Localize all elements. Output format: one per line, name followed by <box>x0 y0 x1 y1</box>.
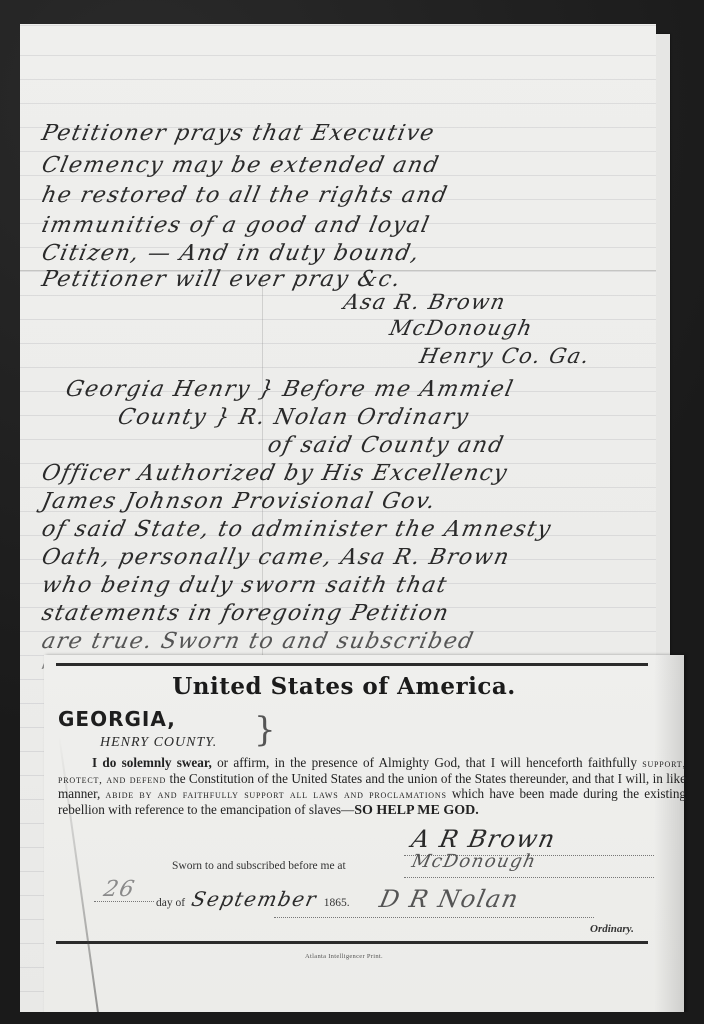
affidavit-line: James Johnson Provisional Gov. <box>39 490 438 514</box>
affidavit-line: are true. Sworn to and subscribed <box>39 630 476 654</box>
affidavit-line: Oath, personally came, Asa R. Brown <box>39 546 512 570</box>
petition-place-town: McDonough <box>387 316 535 340</box>
year-text: 1865. <box>324 897 350 909</box>
form-title: United States of America. <box>44 673 644 700</box>
oath-closing: SO HELP ME GOD. <box>354 803 478 818</box>
affidavit-line: of said State, to administer the Amnesty <box>39 518 553 542</box>
petition-line: immunities of a good and loyal <box>39 214 432 238</box>
affidavit-line: who being duly sworn saith that <box>39 574 449 598</box>
affidavit-line: Officer Authorized by His Excellency <box>39 462 510 486</box>
oathtaker-place: McDonough <box>410 851 539 872</box>
oath-text: I do solemnly swear, or affirm, in the p… <box>58 756 686 818</box>
petition-line: Clemency may be extended and <box>39 154 441 178</box>
day-number: 26 <box>101 877 137 902</box>
printed-oath-form: United States of America. GEORGIA, HENRY… <box>44 655 684 1015</box>
scan-bottom-border <box>0 1012 704 1024</box>
affidavit-line: of said County and <box>265 434 506 458</box>
petition-place-county: Henry Co. Ga. <box>417 344 592 368</box>
affidavit-line: Georgia Henry } Before me Ammiel <box>63 378 516 402</box>
oath-smallcaps: abide by and faithfully support all laws… <box>106 789 447 801</box>
day-of-label: day of September 1865. <box>156 887 350 911</box>
oath-lead: I do solemnly swear, <box>92 755 212 770</box>
affidavit-line: County } R. Nolan Ordinary <box>115 406 471 430</box>
state-label: GEORGIA, <box>58 707 176 731</box>
printer-imprint: Atlanta Intelligencer Print. <box>44 953 644 960</box>
county-label: HENRY COUNTY. <box>100 735 217 751</box>
official-title: Ordinary. <box>590 923 634 935</box>
affidavit-line: statements in foregoing Petition <box>39 602 451 626</box>
petition-line: Petitioner will ever pray &c. <box>39 268 403 292</box>
brace-icon: } <box>254 713 276 747</box>
oath-part: or affirm, in the presence of Almighty G… <box>212 755 642 770</box>
petition-line: he restored to all the rights and <box>39 184 450 208</box>
sworn-text: Sworn to and subscribed before me at <box>172 860 346 872</box>
top-rule <box>56 663 648 666</box>
oathtaker-signature: A R Brown <box>409 825 559 853</box>
petitioner-signature: Asa R. Brown <box>341 290 508 314</box>
form-edge-shadow <box>654 655 684 1015</box>
month-handwritten: September <box>189 887 319 911</box>
place-line <box>404 877 654 878</box>
day-of-text: day of <box>156 897 185 909</box>
petition-line: Citizen, — And in duty bound, <box>39 242 422 266</box>
official-signature: D R Nolan <box>377 885 522 913</box>
bottom-rule <box>56 941 648 944</box>
day-line-blank <box>94 901 154 902</box>
petition-line: Petitioner prays that Executive <box>39 122 437 146</box>
official-line <box>274 917 594 918</box>
